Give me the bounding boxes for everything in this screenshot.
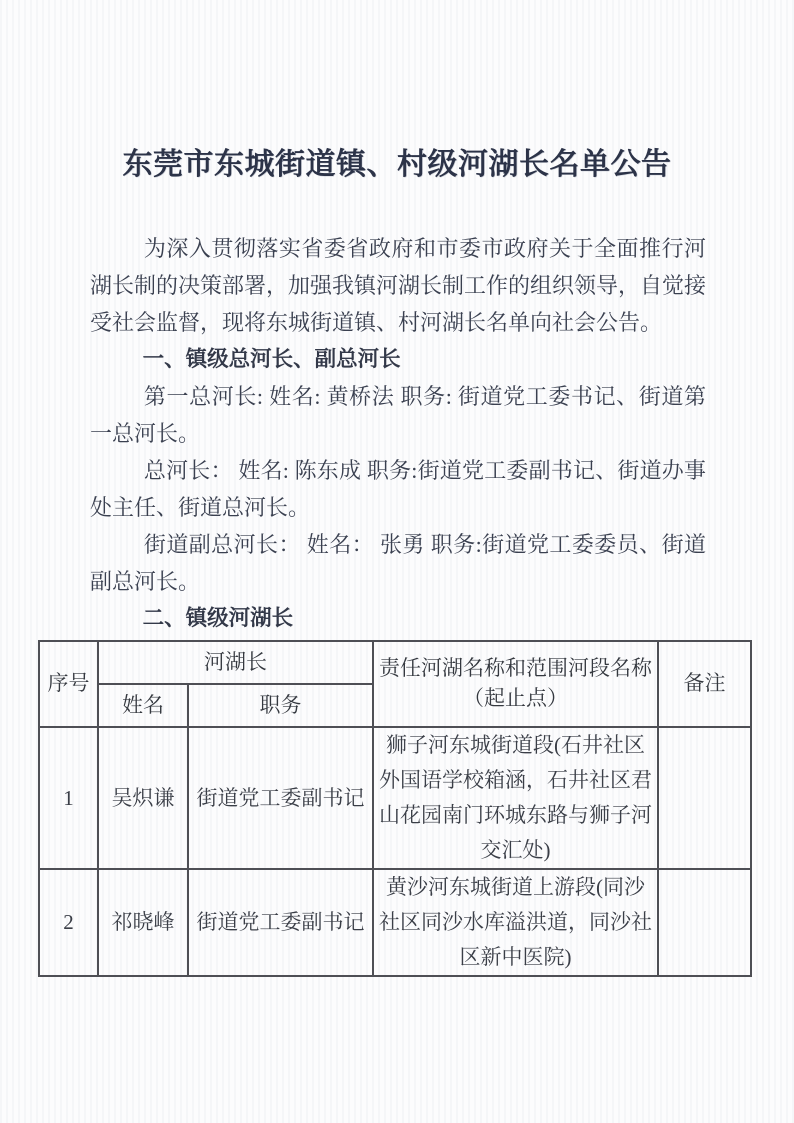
header-chief-group: 河湖长	[98, 641, 373, 684]
header-name: 姓名	[98, 684, 188, 727]
section-2-heading: 二、镇级河湖长	[90, 600, 706, 637]
table-header-row-1: 序号 河湖长 责任河湖名称和范围河段名称（起止点） 备注	[39, 641, 751, 684]
first-general-chief-paragraph: 第一总河长: 姓名: 黄桥法 职务: 街道党工委书记、街道第一总河长。	[90, 378, 706, 452]
table-row: 2 祁晓峰 街道党工委副书记 黄沙河东城街道上游段(同沙社区同沙水库溢洪道，同沙…	[39, 869, 751, 976]
section-1-heading: 一、镇级总河长、副总河长	[90, 341, 706, 378]
cell-index: 2	[39, 869, 98, 976]
cell-title: 街道党工委副书记	[188, 869, 373, 976]
cell-remark	[658, 869, 751, 976]
cell-name: 祁晓峰	[98, 869, 188, 976]
cell-river: 狮子河东城街道段(石井社区外国语学校箱涵，石井社区君山花园南门环城东路与狮子河交…	[373, 727, 658, 869]
table-row: 1 吴炽谦 街道党工委副书记 狮子河东城街道段(石井社区外国语学校箱涵，石井社区…	[39, 727, 751, 869]
header-index: 序号	[39, 641, 98, 727]
header-remark: 备注	[658, 641, 751, 727]
page-title: 东莞市东城街道镇、村级河湖长名单公告	[0, 142, 794, 188]
header-river: 责任河湖名称和范围河段名称（起止点）	[373, 641, 658, 727]
deputy-general-chief-paragraph: 街道副总河长： 姓名： 张勇 职务:街道党工委委员、街道副总河长。	[90, 526, 706, 600]
cell-name: 吴炽谦	[98, 727, 188, 869]
cell-title: 街道党工委副书记	[188, 727, 373, 869]
cell-index: 1	[39, 727, 98, 869]
header-title: 职务	[188, 684, 373, 727]
general-chief-paragraph: 总河长： 姓名: 陈东成 职务:街道党工委副书记、街道办事处主任、街道总河长。	[90, 452, 706, 526]
document-body: 为深入贯彻落实省委省政府和市委市政府关于全面推行河湖长制的决策部署，加强我镇河湖…	[90, 230, 706, 637]
scanned-document-page: 东莞市东城街道镇、村级河湖长名单公告 为深入贯彻落实省委省政府和市委市政府关于全…	[0, 0, 794, 1123]
cell-river: 黄沙河东城街道上游段(同沙社区同沙水库溢洪道，同沙社区新中医院)	[373, 869, 658, 976]
intro-paragraph: 为深入贯彻落实省委省政府和市委市政府关于全面推行河湖长制的决策部署，加强我镇河湖…	[90, 230, 706, 341]
river-chiefs-table: 序号 河湖长 责任河湖名称和范围河段名称（起止点） 备注 姓名 职务 1 吴炽谦…	[38, 640, 752, 977]
cell-remark	[658, 727, 751, 869]
